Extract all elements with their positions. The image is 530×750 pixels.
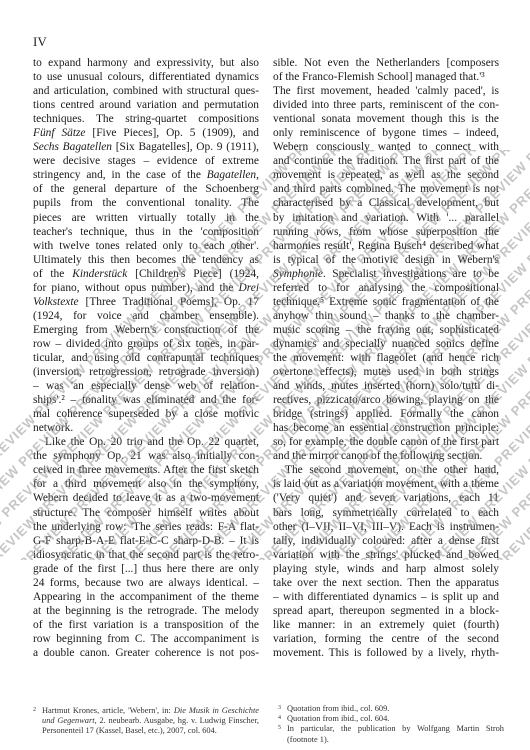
text-line: to use unusual colours, differentiated d…	[33, 70, 259, 84]
text-line: movement. This is followed by a lively, …	[273, 646, 499, 660]
text-line: Webern consciously wanted to connect wit…	[273, 140, 499, 154]
text-line: for a third movement also in the symphon…	[33, 477, 259, 491]
text-line: referred to for analysing the compositio…	[273, 281, 499, 295]
text-line: (inversion, retrogression, retrograde in…	[33, 365, 259, 379]
text-line: of the Franco-Flemish School] managed th…	[273, 70, 499, 84]
footnote: 4Quotation from ibid., col. 604.	[278, 714, 504, 724]
text-line: Appearing in the accompaniment of the th…	[33, 590, 259, 604]
text-line: for piano, without opus number), and the…	[33, 281, 259, 295]
text-line: the underlying row: 'The series reads: F…	[33, 520, 259, 534]
text-line: overtone effects), mutes used in both st…	[273, 365, 499, 379]
document-page: IV to expand harmony and expressivity, b…	[0, 0, 530, 750]
text-line: Like the Op. 20 trio and the Op. 22 quar…	[33, 435, 259, 449]
footnote-text: Quotation from ibid., col. 609.	[287, 704, 504, 714]
text-line: and winds, mutes inserted (horn) solo/tu…	[273, 379, 499, 393]
text-line: mal coherence superseded by a close moti…	[33, 407, 259, 421]
text-line: ceived in three movements. After the fir…	[33, 463, 259, 477]
text-line: and third parts combined. The movement i…	[273, 182, 499, 196]
text-line: variation with the strings' plucked and …	[273, 548, 499, 562]
text-line: 24 forms, because two are always identic…	[33, 576, 259, 590]
footnote-text: In particular, the publication by Wolfga…	[287, 724, 504, 744]
text-line: stringency and, in the case of the Bagat…	[33, 168, 259, 182]
text-line: like manner: in an extremely quiet (four…	[273, 618, 499, 632]
text-line: divided into three parts, reminiscent of…	[273, 98, 499, 112]
text-line: of the general departure of the Schoenbe…	[33, 182, 259, 196]
left-text-column: to expand harmony and expressivity, but …	[33, 56, 259, 660]
page-number: IV	[33, 34, 47, 50]
text-line: tions centred around variation and permu…	[33, 98, 259, 112]
text-line: of the first variation is a transpositio…	[33, 618, 259, 632]
text-line: idiosyncratic in that the second part is…	[33, 548, 259, 562]
text-line: ventional sonata movement though this is…	[273, 112, 499, 126]
text-line: The second movement, on the other hand,	[273, 463, 499, 477]
text-line: Emerging from Webern's construction of t…	[33, 323, 259, 337]
footnote-text: Quotation from ibid., col. 604.	[287, 714, 504, 724]
text-line: other (I–VII, II–VI, III–V). Each is ins…	[273, 520, 499, 534]
footnote-number: 3	[278, 704, 287, 714]
text-line: Symphonie. Specialist investigations are…	[273, 267, 499, 281]
right-text-column: sible. Not even the Netherlanders [compo…	[273, 56, 499, 660]
watermark-row: PREVIEW PREVIEW PREVIEW PREVIEW PREVIEW …	[526, 0, 530, 571]
text-line: and the mirror canon of the following se…	[273, 449, 499, 463]
footnote: 5In particular, the publication by Wolfg…	[278, 724, 504, 744]
text-line: only reminiscence of bygone times – inde…	[273, 126, 499, 140]
text-line: bars long, symmetrically correlated to e…	[273, 506, 499, 520]
text-line: by imitation and variation. With '... pa…	[273, 211, 499, 225]
text-line: tally, individually coloured: after a de…	[273, 534, 499, 548]
text-line: anyhow thin sound – thanks to the chambe…	[273, 309, 499, 323]
text-line: dynamics and specially nuanced sonics de…	[273, 337, 499, 351]
text-line: row beginning from C. The accompaniment …	[33, 632, 259, 646]
text-line: rectives, pizzicato/arco bowing, playing…	[273, 393, 499, 407]
text-line: the movement: with flageolet (and hence …	[273, 351, 499, 365]
text-line: Volkstexte [Three Traditional Poems], Op…	[33, 295, 259, 309]
footnotes-left: 2Hartmut Krones, article, 'Webern', in: …	[33, 706, 259, 737]
text-line: take over the next section. Then the app…	[273, 576, 499, 590]
text-line: spread apart, thereupon segmented in a b…	[273, 604, 499, 618]
text-line: variation, forming the centre of the sec…	[273, 632, 499, 646]
text-line: the symphony Op. 21 was also initially c…	[33, 449, 259, 463]
text-line: technique.⁵ Extreme sonic fragmentation …	[273, 295, 499, 309]
text-line: ships'.² – tonality was eliminated and t…	[33, 393, 259, 407]
text-line: The first movement, headed 'calmly paced…	[273, 84, 499, 98]
text-line: G-F sharp-B-A-E flat-E-C-C sharp-D-B. – …	[33, 534, 259, 548]
text-line: ('Very quiet') and seven variations, eac…	[273, 491, 499, 505]
text-line: has become an essential construction pri…	[273, 421, 499, 435]
footnote-number: 5	[278, 724, 287, 744]
text-line: Webern decided to leave it as a two-move…	[33, 491, 259, 505]
text-line: row – divided into groups of six tones, …	[33, 337, 259, 351]
text-line: structure. The composer himself writes a…	[33, 506, 259, 520]
text-line: grade of the first [...] thus here there…	[33, 562, 259, 576]
footnote-text: Hartmut Krones, article, 'Webern', in: D…	[42, 706, 259, 737]
text-line: bridge (strings) applied. Formally the c…	[273, 407, 499, 421]
footnote-number: 2	[33, 706, 42, 737]
text-line: and articulation, combined with structur…	[33, 84, 259, 98]
text-line: teacher's technique, thus in the 'compos…	[33, 225, 259, 239]
text-line: Fünf Sätze [Five Pieces], Op. 5 (1909), …	[33, 126, 259, 140]
text-line: techniques. The string-quartet compositi…	[33, 112, 259, 126]
text-line: movement is repeated, as well as the sec…	[273, 168, 499, 182]
text-line: pupils from the conventional tonality. T…	[33, 196, 259, 210]
text-line: pieces are written virtually totally in …	[33, 211, 259, 225]
text-line: playing style, winds and harp almost sol…	[273, 562, 499, 576]
text-line: running rows, from whose superposition t…	[273, 225, 499, 239]
text-line: of the Kinderstück [Children's Piece] (1…	[33, 267, 259, 281]
text-line: Ultimately this then becomes the tendenc…	[33, 253, 259, 267]
text-line: to expand harmony and expressivity, but …	[33, 56, 259, 70]
footnote: 2Hartmut Krones, article, 'Webern', in: …	[33, 706, 259, 737]
text-line: sible. Not even the Netherlanders [compo…	[273, 56, 499, 70]
text-line: – was 'an especially dense web of relati…	[33, 379, 259, 393]
text-line: (1924, for voice and chamber ensemble).	[33, 309, 259, 323]
footnote: 3Quotation from ibid., col. 609.	[278, 704, 504, 714]
text-line: with twelve tones related only to each o…	[33, 239, 259, 253]
text-line: – with differentiated dynamics – is spli…	[273, 590, 499, 604]
text-line: were decisive stages – evidence of extre…	[33, 154, 259, 168]
text-line: is typical of the motivic design in Webe…	[273, 253, 499, 267]
text-line: is laid out as a variation movement, wit…	[273, 477, 499, 491]
text-line: so, for example, the double canon of the…	[273, 435, 499, 449]
text-line: music scoring – the fraying out, sophist…	[273, 323, 499, 337]
text-line: network.	[33, 421, 259, 435]
text-line: harmonies result', Regina Busch⁴ describ…	[273, 239, 499, 253]
footnote-number: 4	[278, 714, 287, 724]
text-line: a double canon. Greater coherence is not…	[33, 646, 259, 660]
footnotes-right: 3Quotation from ibid., col. 609.4Quotati…	[278, 704, 504, 745]
text-line: ticular, and using old contrapuntal tech…	[33, 351, 259, 365]
text-line: Sechs Bagatellen [Six Bagatelles], Op. 9…	[33, 140, 259, 154]
text-line: and continue the tradition. The first pa…	[273, 154, 499, 168]
text-line: at the beginning is the retrograde. The …	[33, 604, 259, 618]
text-line: characterised by a Classical development…	[273, 196, 499, 210]
